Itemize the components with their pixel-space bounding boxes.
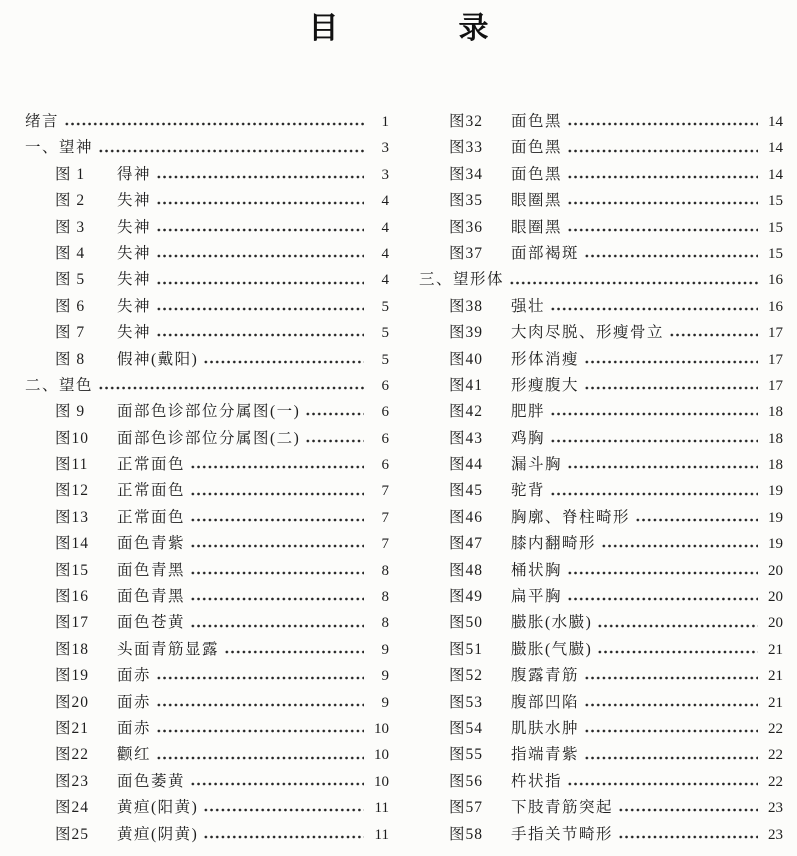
figure-label: 图 9 [55, 399, 117, 425]
entry-title: 头面青筋显露 [117, 637, 219, 663]
page-number: 4 [367, 267, 389, 293]
figure-label: 图14 [55, 531, 117, 557]
page-number: 21 [761, 663, 783, 689]
page-number: 4 [367, 215, 389, 241]
toc-entry-figure: 图56杵状指22 [419, 769, 783, 795]
entry-title: 胸廓、脊柱畸形 [511, 505, 630, 531]
toc-entry-figure: 图20面赤9 [25, 690, 389, 716]
toc-entry-figure: 图57下肢青筋突起23 [419, 795, 783, 821]
figure-label: 图 6 [55, 294, 117, 320]
entry-title: 面色青黑 [117, 584, 185, 610]
toc-entry-figure: 图16面色青黑8 [25, 584, 389, 610]
figure-label: 图32 [449, 109, 511, 135]
page-number: 20 [761, 584, 783, 610]
toc-entry-figure: 图14面色青紫7 [25, 531, 389, 557]
toc-entry-figure: 图36眼圈黑15 [419, 215, 783, 241]
entry-title: 面色苍黄 [117, 610, 185, 636]
toc-entry-figure: 图54肌肤水肿22 [419, 716, 783, 742]
entry-title: 臌胀(气臌) [511, 637, 592, 663]
entry-title: 颧红 [117, 742, 151, 768]
dot-leader [98, 149, 364, 153]
figure-label: 图 7 [55, 320, 117, 346]
toc-column-left: 绪言1一、望神3图 1得神3图 2失神4图 3失神4图 4失神4图 5失神4图 … [25, 109, 389, 848]
toc-entry-section: 绪言1 [25, 109, 389, 135]
toc-entry-figure: 图40形体消瘦17 [419, 347, 783, 373]
dot-leader [567, 597, 758, 601]
page-number: 14 [761, 162, 783, 188]
figure-label: 图56 [449, 769, 511, 795]
toc-entry-figure: 图12正常面色7 [25, 478, 389, 504]
toc-entry-section: 二、望色6 [25, 373, 389, 399]
page-number: 4 [367, 241, 389, 267]
toc-entry-figure: 图21面赤10 [25, 716, 389, 742]
entry-title: 黄疸(阳黄) [117, 795, 198, 821]
dot-leader [305, 439, 364, 443]
entry-title: 形体消瘦 [511, 347, 579, 373]
dot-leader [156, 307, 364, 311]
figure-label: 图53 [449, 690, 511, 716]
toc-entry-figure: 图15面色青黑8 [25, 558, 389, 584]
toc-entry-figure: 图44漏斗胸18 [419, 452, 783, 478]
entry-title: 腹露青筋 [511, 663, 579, 689]
dot-leader [669, 333, 758, 337]
figure-label: 图 4 [55, 241, 117, 267]
toc-entry-figure: 图23面色萎黄10 [25, 769, 389, 795]
dot-leader [567, 228, 758, 232]
page-number: 14 [761, 109, 783, 135]
toc-entry-figure: 图 1得神3 [25, 162, 389, 188]
entry-title: 面色黑 [511, 135, 562, 161]
figure-label: 图43 [449, 426, 511, 452]
page-number: 20 [761, 610, 783, 636]
dot-leader [567, 571, 758, 575]
entry-title: 臌胀(水臌) [511, 610, 592, 636]
entry-title: 鸡胸 [511, 426, 545, 452]
entry-title: 三、望形体 [419, 267, 504, 293]
page-number: 5 [367, 294, 389, 320]
toc-entry-figure: 图 3失神4 [25, 215, 389, 241]
page-number: 3 [367, 135, 389, 161]
dot-leader [567, 149, 758, 153]
figure-label: 图57 [449, 795, 511, 821]
toc-entry-figure: 图33面色黑14 [419, 135, 783, 161]
entry-title: 绪言 [25, 109, 59, 135]
entry-title: 面部褐斑 [511, 241, 579, 267]
figure-label: 图48 [449, 558, 511, 584]
dot-leader [190, 597, 364, 601]
entry-title: 面色青黑 [117, 558, 185, 584]
figure-label: 图19 [55, 663, 117, 689]
toc-entry-figure: 图42肥胖18 [419, 399, 783, 425]
entry-title: 黄疸(阴黄) [117, 822, 198, 848]
dot-leader [203, 808, 364, 812]
figure-label: 图 3 [55, 215, 117, 241]
entry-title: 下肢青筋突起 [511, 795, 613, 821]
toc-entry-figure: 图18头面青筋显露9 [25, 637, 389, 663]
dot-leader [156, 228, 364, 232]
figure-label: 图51 [449, 637, 511, 663]
dot-leader [98, 386, 364, 390]
entry-title: 得神 [117, 162, 151, 188]
entry-title: 桶状胸 [511, 558, 562, 584]
dot-leader [584, 729, 758, 733]
dot-leader [156, 281, 364, 285]
dot-leader [509, 281, 758, 285]
entry-title: 面赤 [117, 663, 151, 689]
toc-entry-figure: 图48桶状胸20 [419, 558, 783, 584]
dot-leader [584, 703, 758, 707]
entry-title: 失神 [117, 320, 151, 346]
toc-page: 目 录 绪言1一、望神3图 1得神3图 2失神4图 3失神4图 4失神4图 5失… [0, 8, 797, 856]
toc-entry-figure: 图10面部色诊部位分属图(二)6 [25, 426, 389, 452]
toc-entry-figure: 图47膝内翻畸形19 [419, 531, 783, 557]
dot-leader [190, 492, 364, 496]
toc-entry-figure: 图32面色黑14 [419, 109, 783, 135]
dot-leader [156, 175, 364, 179]
entry-title: 面赤 [117, 716, 151, 742]
entry-title: 扁平胸 [511, 584, 562, 610]
entry-title: 面色黑 [511, 162, 562, 188]
figure-label: 图 5 [55, 267, 117, 293]
figure-label: 图39 [449, 320, 511, 346]
dot-leader [203, 835, 364, 839]
dot-leader [567, 201, 758, 205]
toc-entry-figure: 图38强壮16 [419, 294, 783, 320]
figure-label: 图55 [449, 742, 511, 768]
page-number: 22 [761, 716, 783, 742]
figure-label: 图33 [449, 135, 511, 161]
entry-title: 面部色诊部位分属图(一) [117, 399, 300, 425]
dot-leader [224, 650, 364, 654]
dot-leader [190, 518, 364, 522]
page-number: 5 [367, 347, 389, 373]
page-number: 8 [367, 558, 389, 584]
toc-column-right: 图32面色黑14图33面色黑14图34面色黑14图35眼圈黑15图36眼圈黑15… [419, 109, 783, 848]
toc-entry-figure: 图24黄疸(阳黄)11 [25, 795, 389, 821]
toc-entry-figure: 图35眼圈黑15 [419, 188, 783, 214]
entry-title: 失神 [117, 188, 151, 214]
dot-leader [567, 175, 758, 179]
page-number: 4 [367, 188, 389, 214]
dot-leader [597, 624, 758, 628]
toc-entry-figure: 图58手指关节畸形23 [419, 822, 783, 848]
figure-label: 图 2 [55, 188, 117, 214]
dot-leader [156, 201, 364, 205]
page-number: 17 [761, 320, 783, 346]
figure-label: 图41 [449, 373, 511, 399]
toc-entry-figure: 图25黄疸(阴黄)11 [25, 822, 389, 848]
entry-title: 假神(戴阳) [117, 347, 198, 373]
figure-label: 图 8 [55, 347, 117, 373]
dot-leader [584, 360, 758, 364]
dot-leader [584, 254, 758, 258]
dot-leader [156, 729, 364, 733]
figure-label: 图40 [449, 347, 511, 373]
page-title: 目 录 [0, 8, 797, 50]
page-number: 23 [761, 795, 783, 821]
page-number: 11 [367, 795, 389, 821]
toc-entry-section: 三、望形体16 [419, 267, 783, 293]
figure-label: 图25 [55, 822, 117, 848]
dot-leader [601, 544, 758, 548]
toc-entry-figure: 图 2失神4 [25, 188, 389, 214]
page-number: 18 [761, 426, 783, 452]
figure-label: 图17 [55, 610, 117, 636]
figure-label: 图22 [55, 742, 117, 768]
page-number: 6 [367, 373, 389, 399]
figure-label: 图21 [55, 716, 117, 742]
entry-title: 一、望神 [25, 135, 93, 161]
toc-entry-figure: 图55指端青紫22 [419, 742, 783, 768]
page-number: 15 [761, 241, 783, 267]
dot-leader [190, 544, 364, 548]
entry-title: 失神 [117, 215, 151, 241]
toc-columns: 绪言1一、望神3图 1得神3图 2失神4图 3失神4图 4失神4图 5失神4图 … [25, 109, 783, 848]
toc-entry-figure: 图45驼背19 [419, 478, 783, 504]
toc-entry-figure: 图43鸡胸18 [419, 426, 783, 452]
dot-leader [618, 835, 758, 839]
figure-label: 图50 [449, 610, 511, 636]
dot-leader [156, 254, 364, 258]
figure-label: 图10 [55, 426, 117, 452]
dot-leader [203, 360, 364, 364]
page-number: 19 [761, 505, 783, 531]
page-number: 6 [367, 452, 389, 478]
page-number: 7 [367, 478, 389, 504]
entry-title: 杵状指 [511, 769, 562, 795]
page-number: 8 [367, 610, 389, 636]
page-number: 22 [761, 742, 783, 768]
page-number: 14 [761, 135, 783, 161]
figure-label: 图47 [449, 531, 511, 557]
entry-title: 眼圈黑 [511, 215, 562, 241]
entry-title: 漏斗胸 [511, 452, 562, 478]
dot-leader [584, 676, 758, 680]
dot-leader [190, 465, 364, 469]
toc-entry-figure: 图51臌胀(气臌)21 [419, 637, 783, 663]
dot-leader [190, 624, 364, 628]
entry-title: 正常面色 [117, 505, 185, 531]
dot-leader [567, 782, 758, 786]
figure-label: 图20 [55, 690, 117, 716]
toc-entry-figure: 图53腹部凹陷21 [419, 690, 783, 716]
page-number: 7 [367, 531, 389, 557]
toc-entry-figure: 图 6失神5 [25, 294, 389, 320]
dot-leader [550, 439, 758, 443]
toc-entry-figure: 图37面部褐斑15 [419, 241, 783, 267]
page-number: 9 [367, 637, 389, 663]
entry-title: 面色萎黄 [117, 769, 185, 795]
page-number: 16 [761, 267, 783, 293]
toc-entry-figure: 图19面赤9 [25, 663, 389, 689]
page-number: 20 [761, 558, 783, 584]
dot-leader [567, 122, 758, 126]
page-number: 10 [367, 742, 389, 768]
dot-leader [156, 703, 364, 707]
page-number: 17 [761, 373, 783, 399]
entry-title: 膝内翻畸形 [511, 531, 596, 557]
toc-entry-section: 一、望神3 [25, 135, 389, 161]
dot-leader [635, 518, 758, 522]
page-number: 19 [761, 478, 783, 504]
dot-leader [584, 386, 758, 390]
toc-entry-figure: 图13正常面色7 [25, 505, 389, 531]
page-number: 15 [761, 188, 783, 214]
dot-leader [567, 465, 758, 469]
toc-entry-figure: 图34面色黑14 [419, 162, 783, 188]
dot-leader [156, 333, 364, 337]
entry-title: 失神 [117, 241, 151, 267]
figure-label: 图11 [55, 452, 117, 478]
toc-entry-figure: 图 8假神(戴阳)5 [25, 347, 389, 373]
entry-title: 腹部凹陷 [511, 690, 579, 716]
page-number: 6 [367, 426, 389, 452]
figure-label: 图34 [449, 162, 511, 188]
figure-label: 图44 [449, 452, 511, 478]
page-number: 18 [761, 399, 783, 425]
page-number: 22 [761, 769, 783, 795]
toc-entry-figure: 图22颧红10 [25, 742, 389, 768]
entry-title: 正常面色 [117, 452, 185, 478]
toc-entry-figure: 图17面色苍黄8 [25, 610, 389, 636]
toc-entry-figure: 图39大肉尽脱、形瘦骨立17 [419, 320, 783, 346]
figure-label: 图12 [55, 478, 117, 504]
entry-title: 正常面色 [117, 478, 185, 504]
dot-leader [550, 492, 758, 496]
dot-leader [550, 412, 758, 416]
entry-title: 二、望色 [25, 373, 93, 399]
page-number: 23 [761, 822, 783, 848]
entry-title: 面赤 [117, 690, 151, 716]
page-number: 17 [761, 347, 783, 373]
figure-label: 图 1 [55, 162, 117, 188]
page-number: 10 [367, 769, 389, 795]
toc-entry-figure: 图50臌胀(水臌)20 [419, 610, 783, 636]
figure-label: 图15 [55, 558, 117, 584]
figure-label: 图46 [449, 505, 511, 531]
entry-title: 眼圈黑 [511, 188, 562, 214]
toc-entry-figure: 图49扁平胸20 [419, 584, 783, 610]
figure-label: 图23 [55, 769, 117, 795]
dot-leader [156, 676, 364, 680]
figure-label: 图38 [449, 294, 511, 320]
dot-leader [190, 571, 364, 575]
figure-label: 图35 [449, 188, 511, 214]
figure-label: 图37 [449, 241, 511, 267]
dot-leader [190, 782, 364, 786]
figure-label: 图36 [449, 215, 511, 241]
entry-title: 驼背 [511, 478, 545, 504]
figure-label: 图18 [55, 637, 117, 663]
page-number: 11 [367, 822, 389, 848]
page-number: 7 [367, 505, 389, 531]
page-number: 15 [761, 215, 783, 241]
toc-entry-figure: 图46胸廓、脊柱畸形19 [419, 505, 783, 531]
toc-entry-figure: 图11正常面色6 [25, 452, 389, 478]
entry-title: 肥胖 [511, 399, 545, 425]
toc-entry-figure: 图41形瘦腹大17 [419, 373, 783, 399]
toc-entry-figure: 图 4失神4 [25, 241, 389, 267]
page-number: 3 [367, 162, 389, 188]
toc-entry-figure: 图 7失神5 [25, 320, 389, 346]
page-number: 9 [367, 663, 389, 689]
dot-leader [305, 412, 364, 416]
figure-label: 图16 [55, 584, 117, 610]
page-number: 10 [367, 716, 389, 742]
entry-title: 面色黑 [511, 109, 562, 135]
entry-title: 面色青紫 [117, 531, 185, 557]
entry-title: 强壮 [511, 294, 545, 320]
dot-leader [597, 650, 758, 654]
page-number: 8 [367, 584, 389, 610]
figure-label: 图54 [449, 716, 511, 742]
page-number: 18 [761, 452, 783, 478]
figure-label: 图13 [55, 505, 117, 531]
page-number: 19 [761, 531, 783, 557]
entry-title: 指端青紫 [511, 742, 579, 768]
page-number: 9 [367, 690, 389, 716]
entry-title: 肌肤水肿 [511, 716, 579, 742]
page-number: 6 [367, 399, 389, 425]
dot-leader [156, 756, 364, 760]
figure-label: 图49 [449, 584, 511, 610]
entry-title: 大肉尽脱、形瘦骨立 [511, 320, 664, 346]
entry-title: 形瘦腹大 [511, 373, 579, 399]
figure-label: 图24 [55, 795, 117, 821]
page-number: 1 [367, 109, 389, 135]
toc-entry-figure: 图52腹露青筋21 [419, 663, 783, 689]
dot-leader [550, 307, 758, 311]
dot-leader [64, 122, 364, 126]
page-number: 21 [761, 637, 783, 663]
page-number: 21 [761, 690, 783, 716]
entry-title: 手指关节畸形 [511, 822, 613, 848]
figure-label: 图42 [449, 399, 511, 425]
dot-leader [584, 756, 758, 760]
figure-label: 图58 [449, 822, 511, 848]
toc-entry-figure: 图 5失神4 [25, 267, 389, 293]
dot-leader [618, 808, 758, 812]
figure-label: 图52 [449, 663, 511, 689]
entry-title: 面部色诊部位分属图(二) [117, 426, 300, 452]
figure-label: 图45 [449, 478, 511, 504]
entry-title: 失神 [117, 294, 151, 320]
toc-entry-figure: 图 9面部色诊部位分属图(一)6 [25, 399, 389, 425]
page-number: 5 [367, 320, 389, 346]
entry-title: 失神 [117, 267, 151, 293]
page-number: 16 [761, 294, 783, 320]
